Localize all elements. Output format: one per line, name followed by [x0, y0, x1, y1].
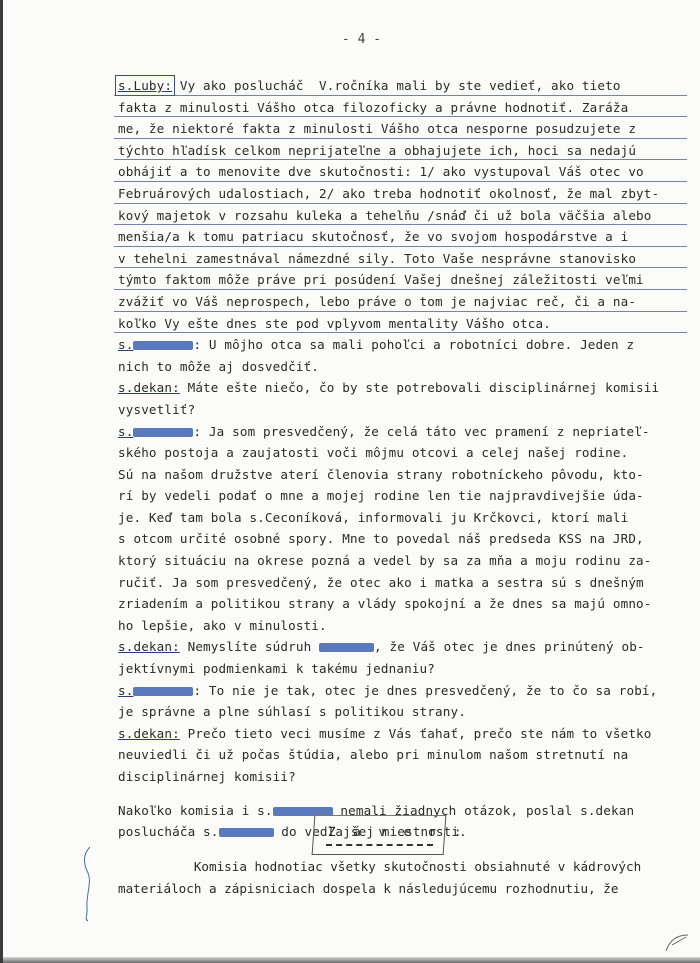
- page-corner-mark-icon: [662, 931, 692, 953]
- line-text: je. Keď tam bola s.Ceconíková, informova…: [118, 510, 628, 525]
- line-text: ského postoja a zaujatosti voči môjmu ot…: [118, 445, 628, 460]
- line-text: je správne a plne súhlasí s politikou st…: [118, 704, 466, 719]
- transcript-line: koľko Vy ešte dnes ste pod vplyvom menta…: [118, 313, 693, 335]
- document-page: - 4 - s.Luby: Vy ako poslucháč V.ročníka…: [0, 0, 700, 963]
- line-text: Máte ešte niečo, čo by ste potrebovali d…: [180, 380, 659, 395]
- transcript-line: je správne a plne súhlasí s politikou st…: [118, 701, 693, 723]
- transcript-line: disciplinárnej komisii?: [118, 766, 693, 788]
- transcript-line: s.Luby: Vy ako poslucháč V.ročníka mali …: [118, 75, 693, 97]
- line-text: ručiť. Ja som presvedčený, že otec ako i…: [118, 575, 644, 590]
- transcript-line: s.: U môjho otca sa mali pohoľci a robot…: [118, 334, 693, 356]
- redacted-name: [133, 428, 193, 437]
- line-text: , že Váš otec je dnes prinútený ob-: [374, 639, 645, 654]
- line-text: nich to môže aj dosvedčiť.: [118, 359, 319, 374]
- transcript-line: s.dekan: Prečo tieto veci musíme z Vás ť…: [118, 723, 693, 745]
- line-text: vysvetliť?: [118, 402, 195, 417]
- line-text: jektívnymi podmienkami k takému jednaniu…: [118, 661, 435, 676]
- page-number: - 4 -: [3, 32, 700, 47]
- transcript-line: obhájiť a to menovite dve skutočnosti: 1…: [118, 161, 693, 183]
- line-text: rí by vedeli podať o mne a mojej rodine …: [118, 488, 644, 503]
- transcript-line: s.dekan: Máte ešte niečo, čo by ste potr…: [118, 377, 693, 399]
- transcript-line: týmto faktom môže práve pri posúdení Vaš…: [118, 269, 693, 291]
- line-text: s otcom určité osobné spory. Mne to pove…: [118, 531, 644, 546]
- redacted-name: [219, 828, 274, 837]
- transcript-line: menšia/a k tomu patriacu skutočnosť, že …: [118, 226, 693, 248]
- transcript-line: s.: To nie je tak, otec je dnes presvedč…: [118, 680, 693, 702]
- line-text: : Ja som presvedčený, že celá táto vec p…: [193, 424, 649, 439]
- conclusion-underline: [326, 844, 433, 846]
- transcript-line: Sú na našom družstve aterí členovia stra…: [118, 464, 693, 486]
- line-text: Prečo tieto veci musíme z Vás ťahať, pre…: [180, 726, 652, 741]
- transcript-line: jektívnymi podmienkami k takému jednaniu…: [118, 658, 693, 680]
- transcript-line: rí by vedeli podať o mne a mojej rodine …: [118, 485, 693, 507]
- line-text: koľko Vy ešte dnes ste pod vplyvom menta…: [118, 316, 551, 331]
- transcript-line: zvážiť vo Váš neprospech, lebo práve o t…: [118, 291, 693, 313]
- margin-pen-mark-icon: [78, 845, 98, 925]
- transcript-line: kový majetok v rozsahu kuleka a tehelňu …: [118, 205, 693, 227]
- line-text: ho lepšie, ako v minulosti.: [118, 618, 327, 633]
- line-text: v tehelni zamestnával námezdné sily. Tot…: [118, 251, 636, 266]
- transcript-line: Februárových udalostiach, 2/ ako treba h…: [118, 183, 693, 205]
- conclusion-line: Komisia hodnotiac všetky skutočnosti obs…: [118, 856, 693, 878]
- line-text: zvážiť vo Váš neprospech, lebo práve o t…: [118, 294, 636, 309]
- transcript-body: s.Luby: Vy ako poslucháč V.ročníka mali …: [118, 75, 693, 843]
- speaker-label: s.: [118, 337, 193, 352]
- line-text: ktorý situáciu na okrese pozná a vedel b…: [118, 553, 652, 568]
- line-text: týmto faktom môže práve pri posúdení Vaš…: [118, 272, 644, 287]
- transcript-line: s.dekan: Nemyslíte súdruh , že Váš otec …: [118, 636, 693, 658]
- transcript-line: fakta z minulosti Vášho otca filozoficky…: [118, 97, 693, 119]
- conclusion-line: materiáloch a zápisniciach dospela k nás…: [118, 878, 693, 900]
- line-text: poslucháča s.: [118, 824, 219, 839]
- speaker-label: s.: [118, 683, 193, 698]
- line-text: Vy ako poslucháč V.ročníka mali by ste v…: [172, 78, 620, 93]
- transcript-line: nich to môže aj dosvedčiť.: [118, 356, 693, 378]
- line-text: týchto hľadísk celkom neprijateľne a obh…: [118, 143, 636, 158]
- transcript-line: s.: Ja som presvedčený, že celá táto vec…: [118, 421, 693, 443]
- transcript-line: ručiť. Ja som presvedčený, že otec ako i…: [118, 572, 693, 594]
- line-text: obhájiť a to menovite dve skutočnosti: 1…: [118, 164, 644, 179]
- speaker-label: s.dekan:: [118, 639, 180, 654]
- transcript-line: týchto hľadísk celkom neprijateľne a obh…: [118, 140, 693, 162]
- speaker-label: s.dekan:: [118, 726, 180, 741]
- conclusion-heading: Z á v e r :: [328, 824, 466, 839]
- redacted-name: [319, 643, 374, 652]
- transcript-line: zriadením a politikou strany a vlády spo…: [118, 593, 693, 615]
- transcript-line: neuviedli či už počas štúdia, alebo pri …: [118, 744, 693, 766]
- transcript-line: ského postoja a zaujatosti voči môjmu ot…: [118, 442, 693, 464]
- line-text: Februárových udalostiach, 2/ ako treba h…: [118, 186, 659, 201]
- transcript-line: s otcom určité osobné spory. Mne to pove…: [118, 528, 693, 550]
- transcript-line: ktorý situáciu na okrese pozná a vedel b…: [118, 550, 693, 572]
- transcript-line: je. Keď tam bola s.Ceconíková, informova…: [118, 507, 693, 529]
- line-text: : U môjho otca sa mali pohoľci a robotní…: [193, 337, 634, 352]
- paragraph-gap: [118, 788, 693, 800]
- line-text: Sú na našom družstve aterí členovia stra…: [118, 467, 644, 482]
- line-text: kový majetok v rozsahu kuleka a tehelňu …: [118, 208, 652, 223]
- conclusion-paragraph: Komisia hodnotiac všetky skutočnosti obs…: [118, 856, 693, 899]
- line-text: zriadením a politikou strany a vlády spo…: [118, 596, 652, 611]
- line-text: disciplinárnej komisii?: [118, 769, 296, 784]
- transcript-line: me, že niektoré fakta z minulosti Vášho …: [118, 118, 693, 140]
- speaker-label: s.dekan:: [118, 380, 180, 395]
- line-text: menšia/a k tomu patriacu skutočnosť, že …: [118, 229, 628, 244]
- line-text: : To nie je tak, otec je dnes presvedčen…: [193, 683, 657, 698]
- redacted-name: [133, 687, 193, 696]
- transcript-line: ho lepšie, ako v minulosti.: [118, 615, 693, 637]
- line-text: me, že niektoré fakta z minulosti Vášho …: [118, 121, 636, 136]
- redacted-name: [133, 341, 193, 350]
- line-text: Nakoľko komisia i s.: [118, 803, 273, 818]
- line-text: fakta z minulosti Vášho otca filozoficky…: [118, 100, 628, 115]
- transcript-line: v tehelni zamestnával námezdné sily. Tot…: [118, 248, 693, 270]
- line-text: neuviedli či už počas štúdia, alebo pri …: [118, 747, 628, 762]
- line-text: Nemyslíte súdruh: [180, 639, 319, 654]
- transcript-line: vysvetliť?: [118, 399, 693, 421]
- speaker-label: s.Luby:: [118, 78, 172, 93]
- speaker-label: s.: [118, 424, 193, 439]
